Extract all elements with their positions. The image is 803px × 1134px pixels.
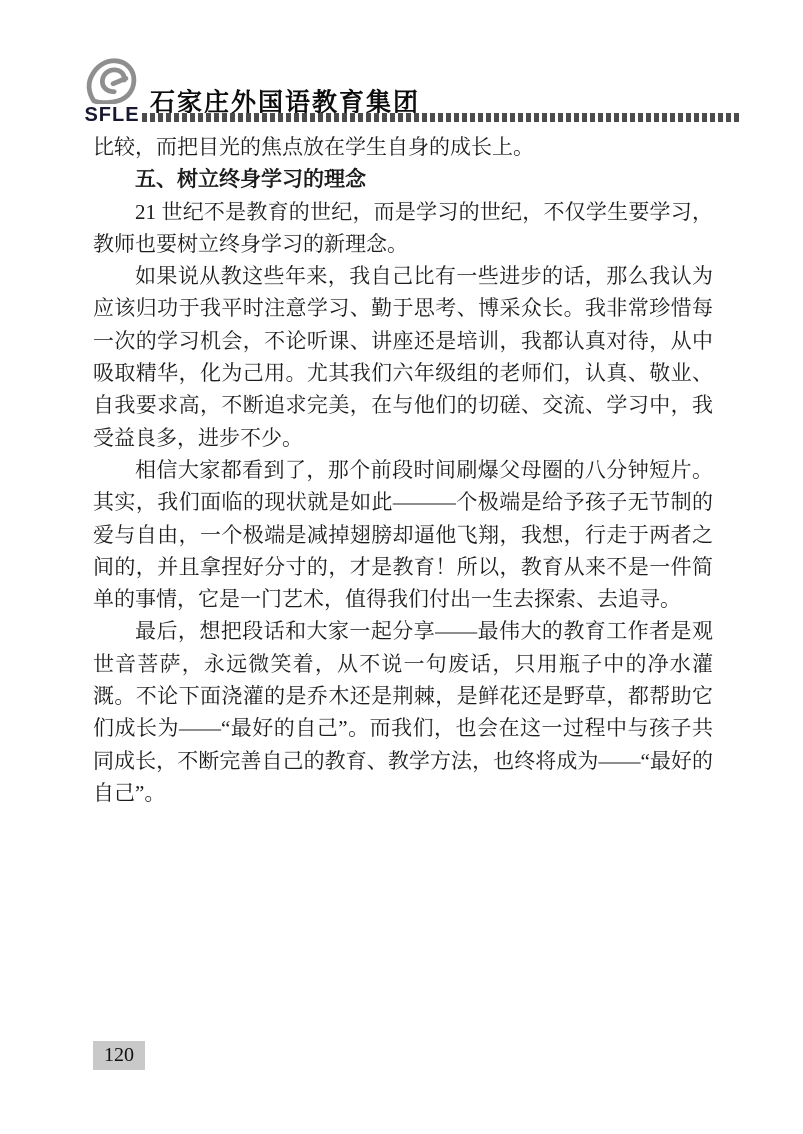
page-number-badge: 120 [93,1041,145,1070]
section-heading: 五、树立终身学习的理念 [93,163,713,195]
paragraph: 21 世纪不是教育的世纪，而是学习的世纪，不仅学生要学习，教师也要树立终身学习的… [93,196,713,261]
paragraph: 最后，想把段话和大家一起分享——最伟大的教育工作者是观世音菩萨，永远微笑着，从不… [93,615,713,809]
logo-acronym: SFLE [80,105,144,125]
document-body: 比较，而把目光的焦点放在学生自身的成长上。 五、树立终身学习的理念 21 世纪不… [93,131,713,809]
paragraph: 比较，而把目光的焦点放在学生自身的成长上。 [93,131,713,163]
document-page: SFLE 石家庄外国语教育集团 比较，而把目光的焦点放在学生自身的成长上。 五、… [0,0,803,1134]
sfle-drop-g-logo-icon [85,56,139,104]
sfle-logo: SFLE [80,56,144,125]
header-rule [142,113,741,122]
paragraph: 相信大家都看到了，那个前段时间刷爆父母圈的八分钟短片。其实，我们面临的现状就是如… [93,454,713,615]
paragraph: 如果说从教这些年来，我自己比有一些进步的话，那么我认为应该归功于我平时注意学习、… [93,260,713,454]
